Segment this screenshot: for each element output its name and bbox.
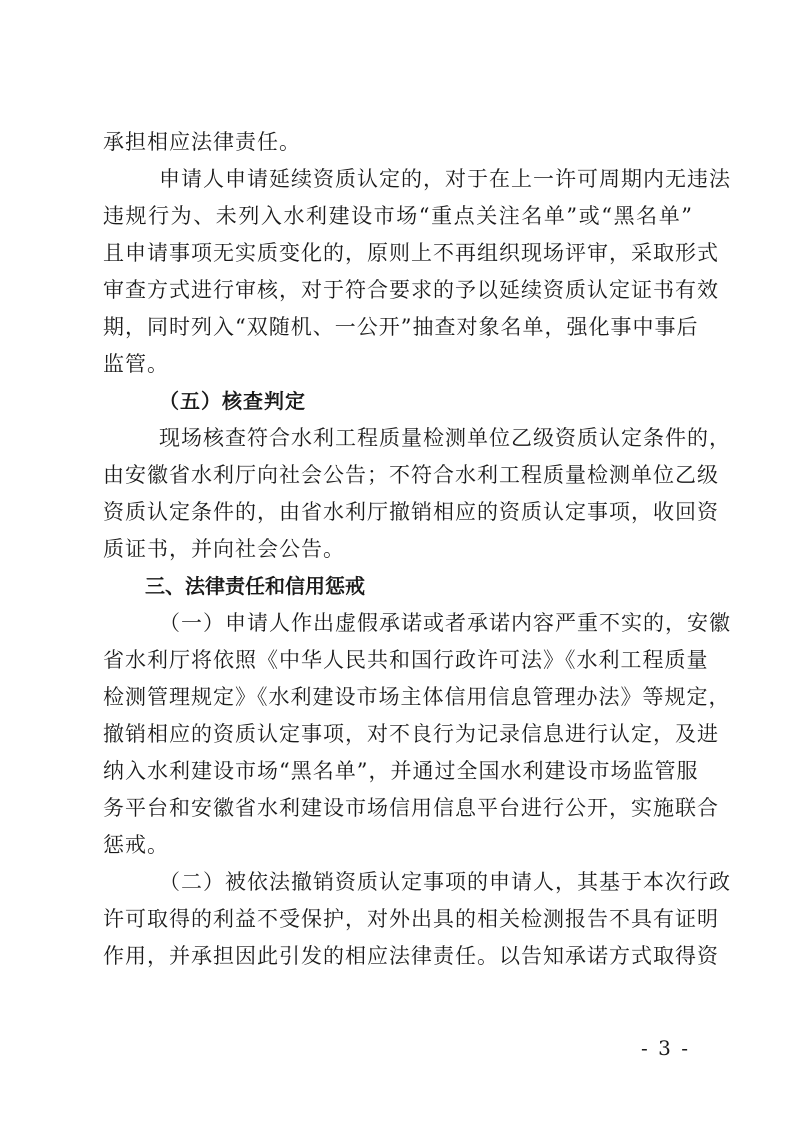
document-page: 承担相应法律责任。 申请人申请延续资质认定的，对于在上一许可周期内无违法 违规行… <box>0 0 794 1123</box>
paragraph-line: （一）申请人作出虚假承诺或者承诺内容严重不实的，安徽 <box>103 605 693 642</box>
paragraph-line: 申请人申请延续资质认定的，对于在上一许可周期内无违法 <box>103 161 693 198</box>
section-heading: 三、法律责任和信用惩戒 <box>103 568 693 605</box>
paragraph-line: 审查方式进行审核，对于符合要求的予以延续资质认定证书有效 <box>103 272 693 309</box>
paragraph-line: 监管。 <box>103 346 693 383</box>
paragraph-line: 现场核查符合水利工程质量检测单位乙级资质认定条件的， <box>103 420 693 457</box>
paragraph-line: 省水利厅将依照《中华人民共和国行政许可法》《水利工程质量 <box>103 642 693 679</box>
subsection-heading: （五）核查判定 <box>103 383 693 420</box>
paragraph-line: 惩戒。 <box>103 827 693 864</box>
paragraph-line: 且申请事项无实质变化的，原则上不再组织现场评审，采取形式 <box>103 235 693 272</box>
document-body: 承担相应法律责任。 申请人申请延续资质认定的，对于在上一许可周期内无违法 违规行… <box>103 124 693 975</box>
paragraph-line: 资质认定条件的，由省水利厅撤销相应的资质认定事项，收回资 <box>103 494 693 531</box>
paragraph-line: 作用，并承担因此引发的相应法律责任。以告知承诺方式取得资 <box>103 938 693 975</box>
paragraph-line: 承担相应法律责任。 <box>103 124 693 161</box>
paragraph-line: （二）被依法撤销资质认定事项的申请人，其基于本次行政 <box>103 864 693 901</box>
paragraph-line: 撤销相应的资质认定事项，对不良行为记录信息进行认定，及进 <box>103 716 693 753</box>
paragraph-line: 检测管理规定》《水利建设市场主体信用信息管理办法》等规定， <box>103 679 693 716</box>
paragraph-line: 务平台和安徽省水利建设市场信用信息平台进行公开，实施联合 <box>103 790 693 827</box>
page-number: - 3 - <box>610 1036 690 1060</box>
paragraph-line: 质证书，并向社会公告。 <box>103 531 693 568</box>
paragraph-line: 由安徽省水利厅向社会公告；不符合水利工程质量检测单位乙级 <box>103 457 693 494</box>
paragraph-line: 违规行为、未列入水利建设市场“重点关注名单”或“黑名单” <box>103 198 693 235</box>
paragraph-line: 许可取得的利益不受保护，对外出具的相关检测报告不具有证明 <box>103 901 693 938</box>
paragraph-line: 纳入水利建设市场“黑名单”，并通过全国水利建设市场监管服 <box>103 753 693 790</box>
paragraph-line: 期，同时列入“双随机、一公开”抽查对象名单，强化事中事后 <box>103 309 693 346</box>
